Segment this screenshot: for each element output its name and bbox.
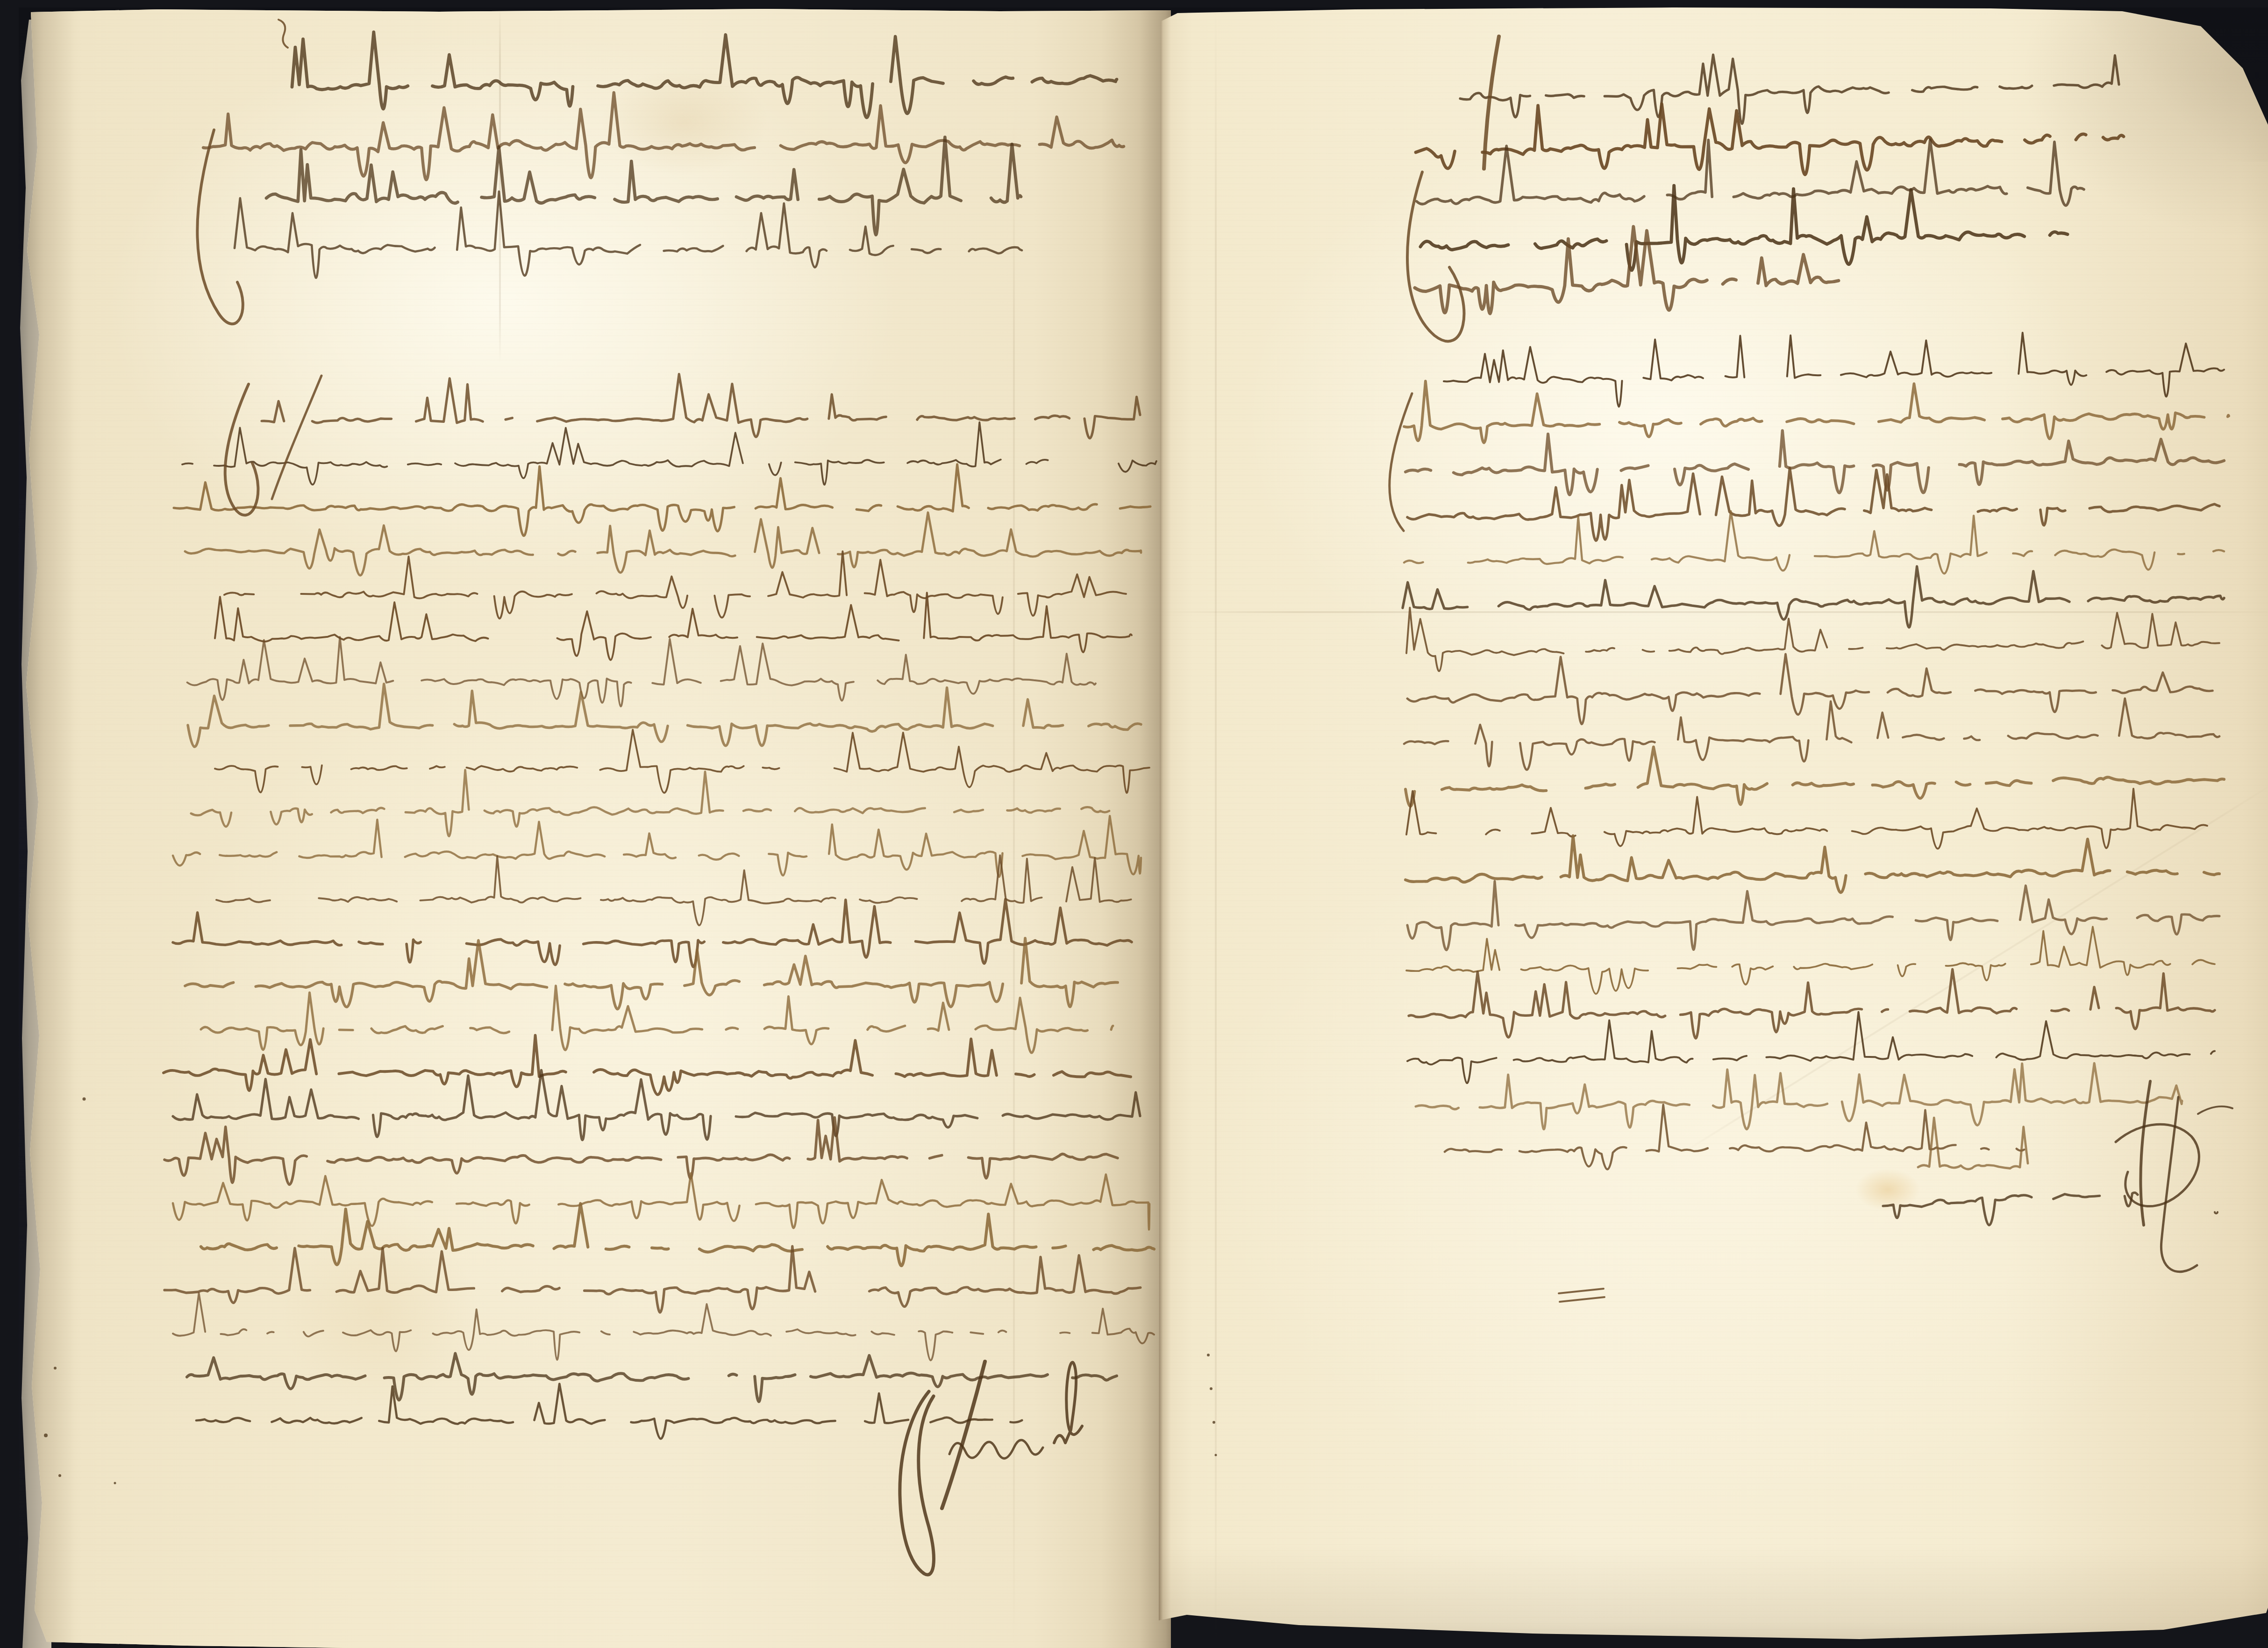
right-page-bottom-shading (1159, 1545, 2268, 1641)
right-page (1159, 7, 2268, 1641)
manuscript-scan: Scanned two-leaf early-modern manuscript… (19, 7, 2268, 1641)
right-page-cut-edge (1159, 7, 1171, 1641)
crumpled-top-right-corner (2090, 7, 2268, 162)
left-page (19, 7, 1171, 1641)
